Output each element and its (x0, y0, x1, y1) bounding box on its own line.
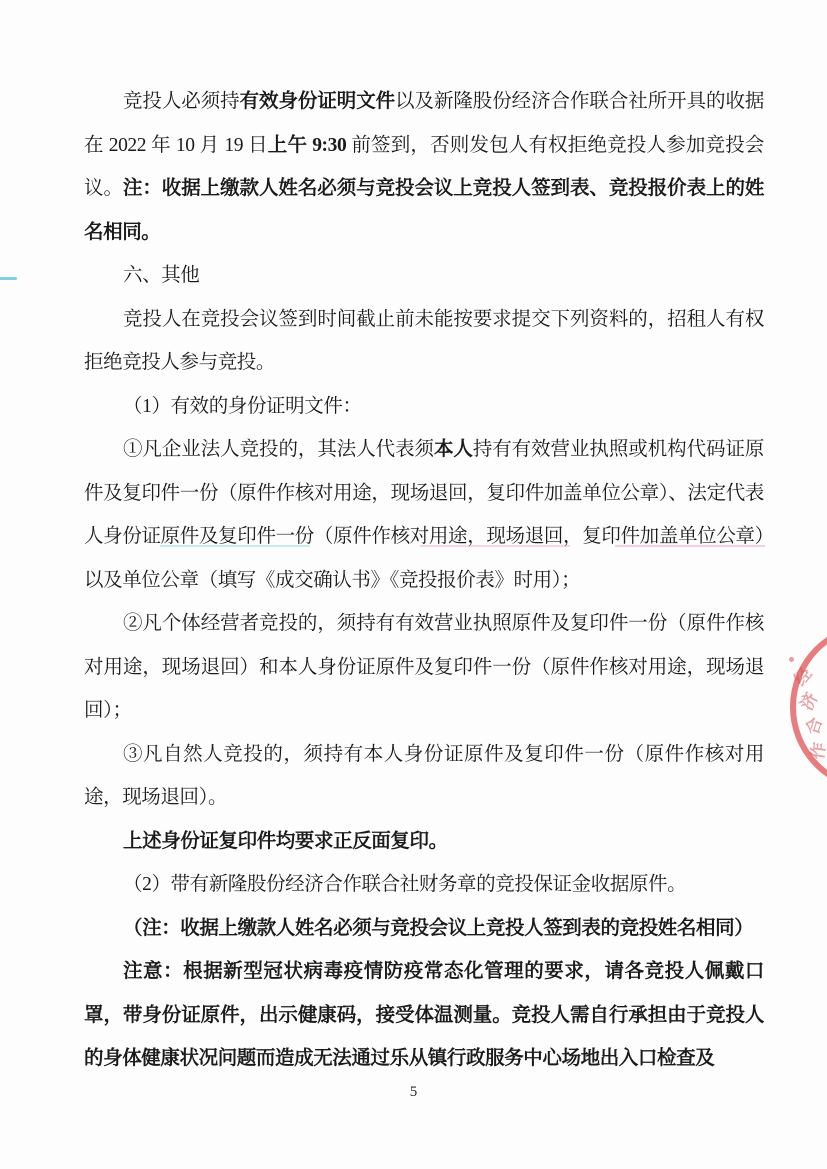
official-seal-stamp: 经济合作 (780, 608, 827, 803)
text-segment: 六、其他 (123, 265, 199, 286)
scan-artifact-line-icon (420, 545, 570, 547)
document-page: 竞投人必须持有效身份证明文件以及新隆股份经济合作联合社所开具的收据在 2022 … (0, 0, 827, 1169)
text-segment: ①凡企业法人竞投的，其法人代表须 (123, 439, 434, 460)
item-1-sub-3-natural-person: ③凡自然人竞投的，须持有本人身份证原件及复印件一份（原件作核对用途，现场退回）。 (84, 733, 764, 820)
item-1-valid-id-documents: （1）有效的身份证明文件： (84, 385, 764, 429)
text-segment: 竞投人必须持 (123, 91, 240, 112)
page-number: 5 (410, 1084, 418, 1100)
text-segment: 竞投人在竞投会议签到时间截止前未能按要求提交下列资料的，招租人有权拒绝竞投人参与… (84, 309, 764, 374)
scan-artifact-line-icon (615, 545, 765, 547)
text-segment: 本人 (434, 439, 473, 460)
text-segment: 注：收据上缴款人姓名必须与竞投会议上竞投人签到表、竞投报价表上的姓名相同。 (84, 178, 764, 243)
paragraph-id-copy-requirement: 上述身份证复印件均要求正反面复印。 (84, 820, 764, 864)
scan-artifact-line-icon (160, 545, 310, 547)
seal-ring-icon (790, 622, 827, 792)
paragraph-receipt-name-note: （注：收据上缴款人姓名必须与竞投会议上竞投人签到表的竞投姓名相同） (84, 907, 764, 951)
text-segment: （2）带有新隆股份经济合作联合社财务章的竞投保证金收据原件。 (123, 874, 686, 895)
page-footer: 5 (0, 1084, 827, 1101)
seal-character: 济 (792, 687, 822, 714)
text-segment: （1）有效的身份证明文件： (123, 396, 362, 417)
text-segment: 持有有效营业执照或机构代码证原件及复印件一份（原件作核对用途，现场退回，复印件加… (84, 439, 764, 591)
seal-character: 合 (798, 714, 827, 738)
text-segment: ②凡个体经营者竞投的，须持有有效营业执照原件及复印件一份（原件作核对用途，现场退… (84, 613, 764, 721)
item-1-sub-1-enterprise: ①凡企业法人竞投的，其法人代表须本人持有有效营业执照或机构代码证原件及复印件一份… (84, 428, 764, 602)
item-2-deposit-receipt: （2）带有新隆股份经济合作联合社财务章的竞投保证金收据原件。 (84, 863, 764, 907)
paragraph-covid-notice: 注意：根据新型冠状病毒疫情防疫常态化管理的要求，请各竞投人佩戴口罩，带身份证原件… (84, 950, 764, 1081)
item-1-sub-2-individual-business: ②凡个体经营者竞投的，须持有有效营业执照原件及复印件一份（原件作核对用途，现场退… (84, 602, 764, 733)
document-body: 竞投人必须持有效身份证明文件以及新隆股份经济合作联合社所开具的收据在 2022 … (84, 80, 764, 1081)
seal-dot-icon (789, 657, 794, 662)
text-segment: ③凡自然人竞投的，须持有本人身份证原件及复印件一份（原件作核对用途，现场退回）。 (84, 744, 764, 809)
text-segment: （注：收据上缴款人姓名必须与竞投会议上竞投人签到表的竞投姓名相同） (123, 918, 753, 939)
text-segment: 注意：根据新型冠状病毒疫情防疫常态化管理的要求，请各竞投人佩戴口罩，带身份证原件… (84, 961, 764, 1069)
section-heading-six-others: 六、其他 (84, 254, 764, 298)
seal-character: 作 (803, 740, 827, 760)
paragraph-refusal-clause: 竞投人在竞投会议签到时间截止前未能按要求提交下列资料的，招租人有权拒绝竞投人参与… (84, 298, 764, 385)
paragraph-signin-requirement: 竞投人必须持有效身份证明文件以及新隆股份经济合作联合社所开具的收据在 2022 … (84, 80, 764, 254)
text-segment: 上午 9:30 (268, 135, 347, 156)
seal-character: 经 (786, 661, 816, 690)
text-segment: 有效身份证明文件 (240, 91, 395, 112)
text-segment: 上述身份证复印件均要求正反面复印。 (123, 831, 448, 852)
scan-artifact-dash-icon (0, 277, 17, 280)
